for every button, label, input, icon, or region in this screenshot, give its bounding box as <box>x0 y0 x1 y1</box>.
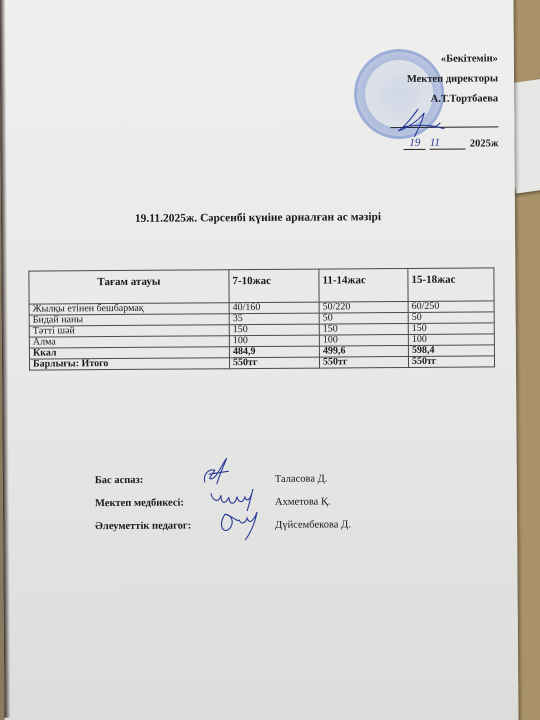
value-7-10: 100 <box>229 335 319 347</box>
kcal-11-14: 499,6 <box>319 345 408 357</box>
value-7-10: 40/160 <box>229 302 319 314</box>
table-header-row: Тағам атауы 7-10жас 11-14жас 15-18жас <box>29 268 494 304</box>
signature-name: Ахметова Қ. <box>275 497 331 508</box>
document-page: «Бекітемін» Мектеп директоры А.Т.Тортбае… <box>0 0 519 720</box>
approval-date-month: 11 <box>430 138 466 150</box>
chef-signature-icon <box>199 454 233 488</box>
approval-date-day: 19 <box>404 138 426 150</box>
table-row-total: Барлығы: Итого 550тг 550тг 550тг <box>29 356 494 370</box>
director-name: А.Т.Тортбаева <box>380 94 498 105</box>
signature-role: Бас аспаз: <box>95 475 143 486</box>
pedagogue-signature-icon <box>217 508 265 542</box>
kcal-7-10: 484,9 <box>229 346 319 358</box>
total-11-14: 550тг <box>319 356 408 368</box>
kcal-15-18: 598,4 <box>408 345 494 357</box>
menu-title: 19.11.2025ж. Сәрсенбі күніне арналған ас… <box>1 210 515 226</box>
approval-date-year: 2025ж <box>470 139 499 150</box>
value-11-14: 150 <box>319 323 408 335</box>
header-age-11-14: 11-14жас <box>319 268 408 302</box>
total-label: Барлығы: Итого <box>29 358 229 370</box>
approved-label: «Бекітемін» <box>380 54 498 65</box>
value-11-14: 100 <box>319 334 408 346</box>
total-7-10: 550тг <box>229 357 319 369</box>
director-position: Мектеп директоры <box>380 74 498 85</box>
value-11-14: 50/220 <box>319 301 408 313</box>
menu-table: Тағам атауы 7-10жас 11-14жас 15-18жас Жы… <box>28 267 495 370</box>
value-11-14: 50 <box>319 312 408 324</box>
total-15-18: 550тг <box>408 356 494 368</box>
signature-role: Әлеуметтік педагог: <box>95 520 191 532</box>
signature-name: Дүйсембекова Д. <box>275 519 351 531</box>
value-15-18: 150 <box>408 323 494 335</box>
signature-role: Мектеп медбикесі: <box>95 498 184 510</box>
value-15-18: 100 <box>408 334 494 346</box>
approval-date: 19 11 2025ж <box>380 137 498 150</box>
value-15-18: 50 <box>408 312 494 324</box>
header-age-7-10: 7-10жас <box>229 269 319 303</box>
value-7-10: 150 <box>229 324 319 336</box>
signature-name: Таласова Д. <box>275 474 328 485</box>
value-7-10: 35 <box>229 313 319 325</box>
header-dish-name: Тағам атауы <box>29 270 229 304</box>
header-age-15-18: 15-18жас <box>408 268 494 302</box>
value-15-18: 60/250 <box>408 301 494 313</box>
director-signature-icon <box>388 107 448 139</box>
